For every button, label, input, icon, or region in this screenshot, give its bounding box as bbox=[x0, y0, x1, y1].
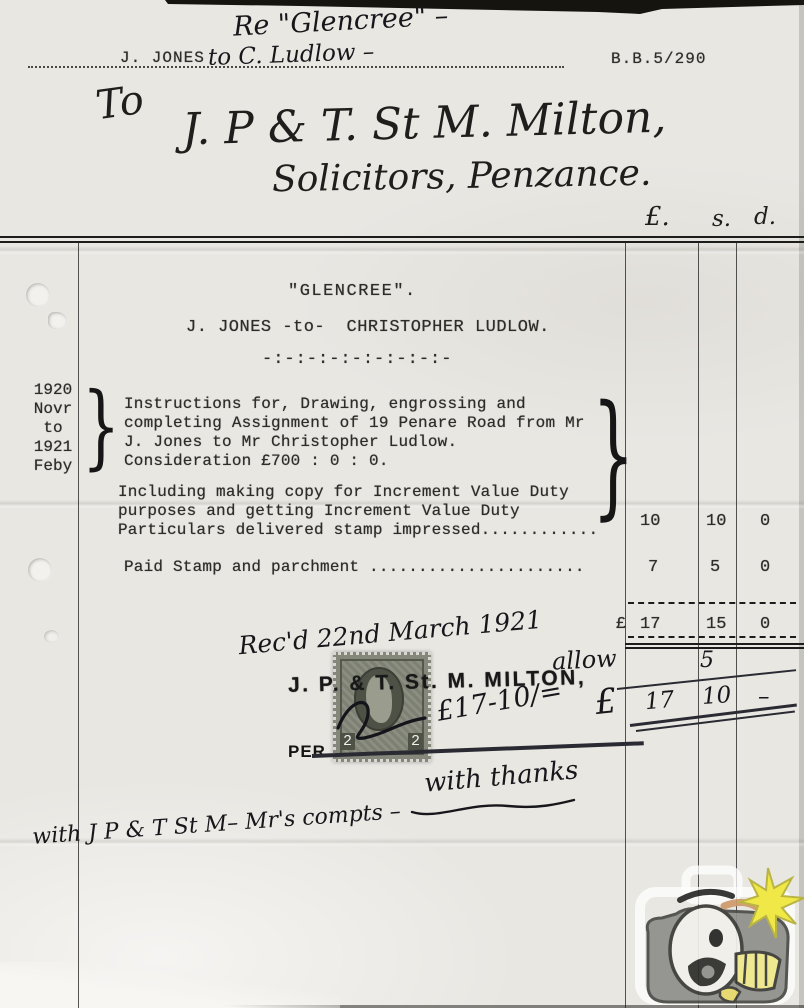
heading-parties: J. JONES -to- CHRISTOPHER LUDLOW. bbox=[186, 318, 550, 337]
punch-hole-faint bbox=[44, 630, 59, 643]
total-pence: 0 bbox=[760, 615, 770, 634]
top-dotted-rule bbox=[28, 66, 564, 68]
column-header-shillings: s. bbox=[712, 206, 731, 232]
header-double-rule bbox=[0, 236, 804, 243]
total-dashed-rule-bottom bbox=[628, 636, 796, 638]
margin-rule bbox=[78, 243, 79, 1008]
letterhead-firm-name: J. P & T. St M. Milton, bbox=[181, 92, 666, 156]
lens-hub bbox=[700, 964, 716, 980]
margin-date-line: 1921 bbox=[30, 438, 76, 457]
items-brace: } bbox=[592, 382, 635, 530]
scanned-bill-document: Re "Glencree" – J. JONES to C. Ludlow – … bbox=[0, 0, 804, 1008]
item2-amount-pounds: 10 bbox=[640, 512, 660, 531]
punch-hole bbox=[26, 283, 50, 307]
watermark-camera-logo bbox=[628, 862, 804, 1008]
margin-date-line: Novr bbox=[30, 400, 76, 419]
top-parties-typed: J. JONES bbox=[120, 49, 205, 67]
per-label: PER bbox=[288, 742, 326, 762]
bill-item-paid-stamp: Paid Stamp and parchment ...............… bbox=[124, 558, 585, 577]
column-header-pence: d. bbox=[754, 204, 776, 230]
punch-hole bbox=[28, 558, 52, 582]
bill-item-line: completing Assignment of 19 Penare Road … bbox=[124, 414, 585, 433]
grin-teeth bbox=[736, 952, 780, 990]
scan-bottom-left-light bbox=[0, 962, 340, 1008]
heading-separator: -:-:-:-:-:-:-:-:- bbox=[262, 350, 452, 369]
total-double-rule bbox=[625, 643, 804, 649]
fold-crease-upper bbox=[0, 246, 804, 255]
punch-hole-torn bbox=[48, 312, 67, 329]
total-shillings: 15 bbox=[706, 615, 726, 634]
item3-amount-pounds: 7 bbox=[648, 558, 658, 577]
item3-amount-pence: 0 bbox=[760, 558, 770, 577]
total-dashed-rule-top bbox=[628, 602, 796, 604]
allow-shillings-value: 5 bbox=[700, 648, 714, 673]
adjusted-pounds: 17 bbox=[644, 687, 675, 715]
bill-item-line: Paid Stamp and parchment ...............… bbox=[124, 558, 585, 577]
total-pounds: 17 bbox=[640, 615, 660, 634]
dates-brace: } bbox=[82, 376, 120, 477]
margin-date-line: 1920 bbox=[30, 381, 76, 400]
column-header-pounds: £. bbox=[645, 202, 670, 232]
margin-date-line: to bbox=[30, 419, 76, 438]
letterhead-subtitle: Solicitors, Penzance. bbox=[272, 153, 652, 201]
adjusted-currency: £ bbox=[593, 681, 619, 723]
item2-amount-pence: 0 bbox=[760, 512, 770, 531]
adjusted-shillings: 10 bbox=[701, 682, 732, 710]
pupil bbox=[709, 929, 723, 947]
item2-amount-shillings: 10 bbox=[706, 512, 726, 531]
property-title: "GLENCREE". bbox=[288, 282, 417, 301]
margin-date-line: Feby bbox=[30, 457, 76, 476]
total-currency: £ bbox=[616, 615, 626, 634]
bill-item-increment-duty: Including making copy for Increment Valu… bbox=[118, 483, 598, 540]
bill-item-line: J. Jones to Mr Christopher Ludlow. bbox=[124, 433, 585, 452]
margin-dates: 1920 Novr to 1921 Feby bbox=[30, 381, 76, 476]
bill-item-line: Including making copy for Increment Valu… bbox=[118, 483, 598, 502]
item3-amount-shillings: 5 bbox=[710, 558, 720, 577]
bill-item-line: Consideration £700 : 0 : 0. bbox=[124, 452, 585, 471]
with-thanks-note: with thanks bbox=[423, 755, 580, 798]
bill-item-line: Instructions for, Drawing, engrossing an… bbox=[124, 395, 585, 414]
thanks-flourish bbox=[408, 796, 578, 822]
bill-item-line: Particulars delivered stamp impressed...… bbox=[118, 521, 598, 540]
bill-item-line: purposes and getting Increment Value Dut… bbox=[118, 502, 598, 521]
re-glencree-note: Re "Glencree" – bbox=[232, 0, 449, 42]
letterhead-to: To bbox=[93, 77, 147, 129]
reference-number: B.B.5/290 bbox=[611, 50, 706, 68]
bill-item-instructions: Instructions for, Drawing, engrossing an… bbox=[124, 395, 585, 471]
signature-squiggle bbox=[330, 688, 440, 748]
